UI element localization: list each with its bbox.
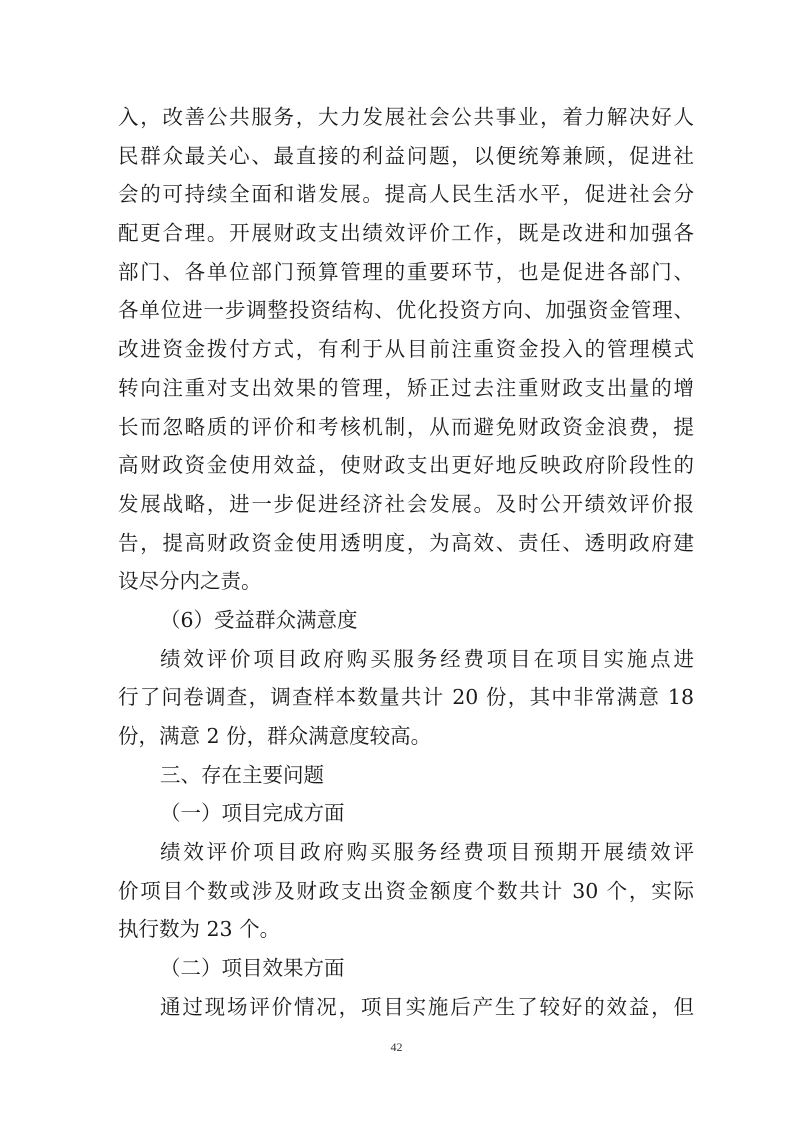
subsection-heading-project-completion: （一）项目完成方面 bbox=[118, 794, 694, 833]
body-text-line: 发展战略，进一步促进经济社会发展。及时公开绩效评价报 bbox=[118, 485, 694, 524]
body-text-line: 高财政资金使用效益，使财政支出更好地反映政府阶段性的 bbox=[118, 446, 694, 485]
page-number: 42 bbox=[0, 1040, 793, 1055]
body-text-line: 民群众最关心、最直接的利益问题，以便统筹兼顾，促进社 bbox=[118, 137, 694, 176]
body-text-line: 绩效评价项目政府购买服务经费项目预期开展绩效评 bbox=[118, 833, 694, 872]
body-text-line: 价项目个数或涉及财政支出资金额度个数共计 30 个，实际 bbox=[118, 872, 694, 911]
subsection-heading-project-effect: （二）项目效果方面 bbox=[118, 949, 694, 988]
body-text-line: 绩效评价项目政府购买服务经费项目在项目实施点进 bbox=[118, 640, 694, 679]
body-text-line: 部门、各单位部门预算管理的重要环节，也是促进各部门、 bbox=[118, 253, 694, 292]
body-text-line: 份，满意 2 份，群众满意度较高。 bbox=[118, 717, 694, 756]
section-heading-main-problems: 三、存在主要问题 bbox=[118, 756, 694, 795]
body-text-line: 配更合理。开展财政支出绩效评价工作，既是改进和加强各 bbox=[118, 214, 694, 253]
document-page: 入，改善公共服务，大力发展社会公共事业，着力解决好人 民群众最关心、最直接的利益… bbox=[118, 98, 694, 1027]
body-text-line: 入，改善公共服务，大力发展社会公共事业，着力解决好人 bbox=[118, 98, 694, 137]
body-text-line: 改进资金拨付方式，有利于从目前注重资金投入的管理模式 bbox=[118, 330, 694, 369]
body-text-line: 行了问卷调查，调查样本数量共计 20 份，其中非常满意 18 bbox=[118, 678, 694, 717]
body-text-line: 长而忽略质的评价和考核机制，从而避免财政资金浪费，提 bbox=[118, 408, 694, 447]
body-text-line: 执行数为 23 个。 bbox=[118, 910, 694, 949]
body-text-line: 告，提高财政资金使用透明度，为高效、责任、透明政府建 bbox=[118, 524, 694, 563]
body-text-line: 会的可持续全面和谐发展。提高人民生活水平，促进社会分 bbox=[118, 175, 694, 214]
body-text-line: 设尽分内之责。 bbox=[118, 562, 694, 601]
body-text-line: 通过现场评价情况，项目实施后产生了较好的效益，但 bbox=[118, 988, 694, 1027]
body-text-line: 转向注重对支出效果的管理，矫正过去注重财政支出量的增 bbox=[118, 369, 694, 408]
section-heading-satisfaction: （6）受益群众满意度 bbox=[118, 601, 694, 640]
body-text-line: 各单位进一步调整投资结构、优化投资方向、加强资金管理、 bbox=[118, 291, 694, 330]
